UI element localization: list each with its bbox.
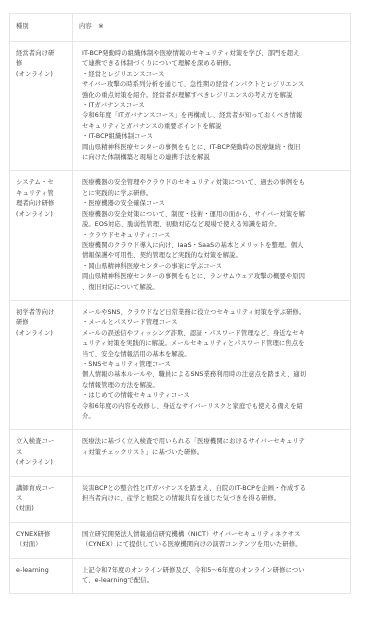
course-content-line: メールやSNS、クラウドなど日常業務に役立つセキュリティ対策を学ぶ研修。: [82, 308, 344, 318]
course-type-cell: 講師育成コース(対面): [10, 476, 73, 522]
course-content-line: 上記令和7年度のオンライン研修及び、令和5～6年度のオンライン研修につい: [82, 566, 344, 576]
table-row: 立入検査コース(オンライン)医療法に基づく立入検査で用いられる「医療機関における…: [10, 430, 351, 476]
course-content-line: （CYNEX）にて提供している医療機関向けの演習コンテンツを用いた研修。: [82, 540, 344, 550]
course-content-line: 医療機器の安全管理やクラウドのセキュリティ対策について、過去の事例をも: [82, 178, 344, 188]
course-content-line: て、e-learningで配信。: [82, 576, 344, 586]
course-content-line: ュリティ対策を実践的に解説。メールセキュリティとパスワード管理に焦点を: [82, 339, 344, 349]
course-content-line: 令和6年度の内容を改修し、身近なサイバーリスクと家庭でも使える備えを紹: [82, 402, 344, 412]
course-type-line: システム・セ: [16, 178, 68, 188]
course-content-cell: 国立研究開発法人情報通信研究機構（NICT）サイバーセキュリティネクサス（CYN…: [73, 522, 351, 558]
course-content-line: IT-BCP発動時の組織体制や医療情報のセキュリティ対策を学び、部門を超え: [82, 49, 344, 59]
course-type-line: 経営者向け研: [16, 49, 68, 59]
course-content-line: セキュリティとガバナンスの重要ポイントを解説: [82, 122, 344, 132]
course-content-cell: メールやSNS、クラウドなど日常業務に役立つセキュリティ対策を学ぶ研修。・メール…: [73, 300, 351, 429]
header-type: 種別: [10, 14, 73, 42]
course-content-line: ・クラウドセキュリティコース: [82, 231, 344, 241]
course-type-line: e-learning: [16, 566, 68, 576]
course-content-line: 令和6年度「ITガバナンスコース」を再構成し、経営者が知っておくべき情報: [82, 111, 344, 121]
course-content-line: 医療機関のクラウド導入に向け、IaaS・SaaSの基本とメリットを整理。個人: [82, 241, 344, 251]
course-content-cell: IT-BCP発動時の組織体制や医療情報のセキュリティ対策を学び、部門を超えて連携…: [73, 42, 351, 171]
course-content-line: ・メールとパスワード管理コース: [82, 318, 344, 328]
course-content-line: 岡山県精神科医療センターの事例をもとに、IT-BCP発動時の医療継続・復旧: [82, 143, 344, 153]
course-content-line: 国立研究開発法人情報通信研究機構（NICT）サイバーセキュリティネクサス: [82, 530, 344, 540]
header-content: 内容 ※: [73, 14, 351, 42]
course-type-cell: システム・セキュリティ管理者向け研修(オンライン): [10, 171, 73, 300]
table-body: 経営者向け研修(オンライン)IT-BCP発動時の組織体制や医療情報のセキュリティ…: [10, 42, 351, 594]
course-content-line: ・岡山県精神科医療センターの事案に学ぶコース: [82, 262, 344, 272]
course-content-cell: 医療法に基づく立入検査で用いられる「医療機関におけるサイバーセキュリティ対策チェ…: [73, 430, 351, 476]
course-type-line: キュリティ管: [16, 189, 68, 199]
course-content-line: ・IT-BCP組織体制コース: [82, 132, 344, 142]
course-type-cell: 経営者向け研修(オンライン): [10, 42, 73, 171]
course-type-line: （対面）: [16, 540, 68, 550]
course-content-line: ィ対策チェックリスト」に基づいた研修。: [82, 448, 344, 458]
course-content-line: ・経営とレジリエンスコース: [82, 70, 344, 80]
course-content-line: 、復旧対応について解説。: [82, 283, 344, 293]
table-row: CYNEX研修（対面）国立研究開発法人情報通信研究機構（NICT）サイバーセキュ…: [10, 522, 351, 558]
course-type-line: CYNEX研修: [16, 530, 68, 540]
course-type-cell: 立入検査コース(オンライン): [10, 430, 73, 476]
course-content-line: ・SNSセキュリティ管理コース: [82, 360, 344, 370]
course-content-line: 介。: [82, 412, 344, 422]
course-content-line: 説。EOS対応、脆弱性管理、初動対応など現場で使える知識を紹介。: [82, 220, 344, 230]
course-content-cell: 上記令和7年度のオンライン研修及び、令和5～6年度のオンライン研修について、e-…: [73, 558, 351, 594]
course-content-cell: 災害BCPとの整合性とITガバナンスを踏まえ、自院のIT-BCPを企画・作成する…: [73, 476, 351, 522]
course-type-line: (オンライン): [16, 458, 68, 468]
course-content-line: ・医療機器の安全確保コース: [82, 199, 344, 209]
course-content-line: 情報保護や可用性、契約管理など実践的な対策を解説。: [82, 251, 344, 261]
course-type-cell: e-learning: [10, 558, 73, 594]
course-type-line: ス: [16, 448, 68, 458]
course-content-cell: 医療機器の安全管理やクラウドのセキュリティ対策について、過去の事例をもとに実践的…: [73, 171, 351, 300]
course-type-cell: 初学者等向け研修(オンライン): [10, 300, 73, 429]
course-content-line: て連携できる体制づくりについて理解を深める研修。: [82, 59, 344, 69]
course-content-line: ・はじめての情報セキュリティコース: [82, 391, 344, 401]
course-type-line: (オンライン): [16, 70, 68, 80]
course-content-line: に向けた体制構築と現場との連携手法を解説: [82, 153, 344, 163]
course-content-line: 岡山県精神科医療センターの事例をもとに、ランサムウェア攻撃の概要や原因: [82, 272, 344, 282]
course-type-line: ス: [16, 494, 68, 504]
course-content-line: サイバー攻撃の時系列分析を通じて、急性期の経営インパクトとレジリエンス: [82, 80, 344, 90]
course-content-line: 医療法に基づく立入検査で用いられる「医療機関におけるサイバーセキュリテ: [82, 437, 344, 447]
course-type-line: (対面): [16, 504, 68, 514]
course-content-line: 個人情報の基本ルールや、職員によるSNS業務利用時の注意点を踏まえ、適切: [82, 370, 344, 380]
course-table: 種別 内容 ※ 経営者向け研修(オンライン)IT-BCP発動時の組織体制や医療情…: [9, 13, 351, 594]
course-content-line: 担当者向けに、産学と他院との情報共有を通じた気づきを得る研修。: [82, 494, 344, 504]
table-row: 講師育成コース(対面)災害BCPとの整合性とITガバナンスを踏まえ、自院のIT-…: [10, 476, 351, 522]
course-type-line: 初学者等向け: [16, 308, 68, 318]
table-row: システム・セキュリティ管理者向け研修(オンライン)医療機器の安全管理やクラウドの…: [10, 171, 351, 300]
table-header-row: 種別 内容 ※: [10, 14, 351, 42]
course-type-line: 修: [16, 59, 68, 69]
course-type-cell: CYNEX研修（対面）: [10, 522, 73, 558]
course-content-line: とに実践的に学ぶ研修。: [82, 189, 344, 199]
course-content-line: 災害BCPとの整合性とITガバナンスを踏まえ、自院のIT-BCPを企画・作成する: [82, 484, 344, 494]
table-row: 初学者等向け研修(オンライン)メールやSNS、クラウドなど日常業務に役立つセキュ…: [10, 300, 351, 429]
table-row: 経営者向け研修(オンライン)IT-BCP発動時の組織体制や医療情報のセキュリティ…: [10, 42, 351, 171]
course-type-line: (オンライン): [16, 210, 68, 220]
course-table-container: 種別 内容 ※ 経営者向け研修(オンライン)IT-BCP発動時の組織体制や医療情…: [9, 13, 350, 594]
course-type-line: 立入検査コー: [16, 437, 68, 447]
course-content-line: メールの誤送信やフィッシング詐欺、認証・パスワード管理など、身近なセキ: [82, 329, 344, 339]
course-type-line: (オンライン): [16, 329, 68, 339]
course-content-line: 当て、安全な情報活用の基本を解説。: [82, 350, 344, 360]
course-content-line: な情報管理の方法を解説。: [82, 381, 344, 391]
course-type-line: 講師育成コー: [16, 484, 68, 494]
table-row: e-learning上記令和7年度のオンライン研修及び、令和5～6年度のオンライ…: [10, 558, 351, 594]
course-content-line: ・ITガバナンスコース: [82, 101, 344, 111]
course-type-line: 理者向け研修: [16, 199, 68, 209]
course-content-line: 医療機器の安全対策について、制度・技術・運用の面から、サイバー対策を解: [82, 210, 344, 220]
course-type-line: 研修: [16, 318, 68, 328]
course-content-line: 強化の重点対策を紹介。経営者が理解すべきレジリエンスの考え方を解説: [82, 91, 344, 101]
